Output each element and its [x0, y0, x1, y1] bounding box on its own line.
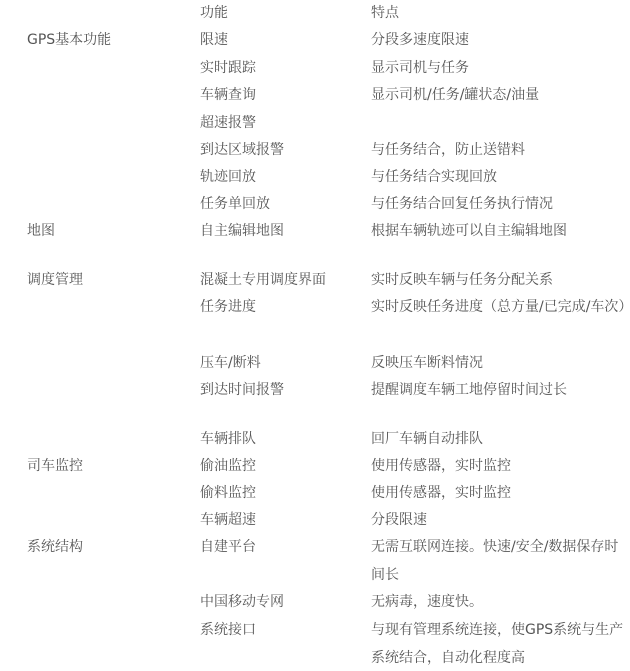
feature-cell: 限速 — [200, 27, 228, 55]
feature-cell: 车辆超速 — [200, 507, 256, 535]
detail-cell: 无需互联网连接。快速/安全/数据保存时间长 — [371, 534, 626, 589]
feature-cell: 偷料监控 — [200, 480, 256, 508]
feature-cell: 任务进度 — [200, 294, 256, 322]
feature-cell: 轨迹回放 — [200, 164, 256, 192]
header-feature: 功能 — [200, 0, 228, 28]
feature-cell: 车辆查询 — [200, 82, 256, 110]
detail-cell: 提醒调度车辆工地停留时间过长 — [371, 377, 626, 405]
category-cell: 司车监控 — [27, 453, 83, 481]
feature-cell: 车辆排队 — [200, 426, 256, 454]
feature-cell: 自主编辑地图 — [200, 218, 284, 246]
detail-cell: 分段多速度限速 — [371, 27, 626, 55]
feature-cell: 任务单回放 — [200, 191, 270, 219]
detail-cell: 无病毒，速度快。 — [371, 589, 626, 617]
feature-cell: 中国移动专网 — [200, 589, 284, 617]
header-detail: 特点 — [371, 0, 626, 28]
detail-cell: 分段限速 — [371, 507, 626, 535]
detail-cell: 与现有管理系统连接，使GPS系统与生产系统结合，自动化程度高 — [371, 617, 626, 671]
detail-cell: 与任务结合实现回放 — [371, 164, 626, 192]
detail-cell: 与任务结合回复任务执行情况 — [371, 191, 626, 219]
detail-cell: 显示司机与任务 — [371, 55, 626, 83]
feature-cell: 自建平台 — [200, 534, 256, 562]
feature-cell: 偷油监控 — [200, 453, 256, 481]
feature-cell: 实时跟踪 — [200, 55, 256, 83]
detail-cell: 回厂车辆自动排队 — [371, 426, 626, 454]
detail-cell: 使用传感器，实时监控 — [371, 480, 626, 508]
category-cell: GPS基本功能 — [27, 27, 111, 55]
detail-cell: 根据车辆轨迹可以自主编辑地图 — [371, 218, 626, 246]
feature-cell: 系统接口 — [200, 617, 256, 645]
category-cell: 调度管理 — [27, 267, 83, 295]
detail-cell: 实时反映任务进度（总方量/已完成/车次） — [371, 294, 626, 322]
category-cell: 系统结构 — [27, 534, 83, 562]
category-cell: 地图 — [27, 218, 55, 246]
feature-cell: 到达区域报警 — [200, 137, 284, 165]
feature-cell: 压车/断料 — [200, 350, 261, 378]
detail-cell: 显示司机/任务/罐状态/油量 — [371, 82, 626, 110]
detail-cell: 实时反映车辆与任务分配关系 — [371, 267, 626, 295]
feature-cell: 混凝土专用调度界面 — [200, 267, 326, 295]
detail-cell: 反映压车断料情况 — [371, 350, 626, 378]
feature-cell: 到达时间报警 — [200, 377, 284, 405]
feature-cell: 超速报警 — [200, 110, 256, 138]
detail-cell: 使用传感器，实时监控 — [371, 453, 626, 481]
detail-cell: 与任务结合，防止送错料 — [371, 137, 626, 165]
